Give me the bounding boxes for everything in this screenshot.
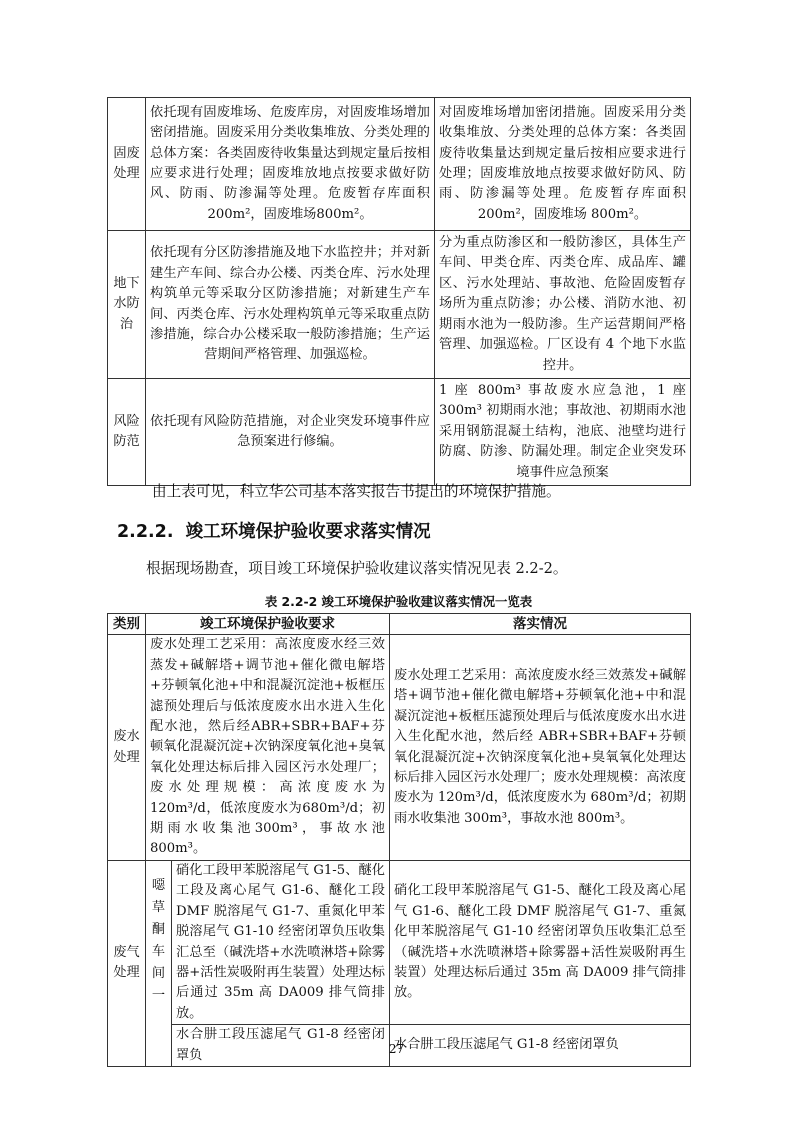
requirement-cell: 依托现有分区防渗措施及地下水监控井；并对新建生产车间、综合办公楼、丙类仓库、污水… <box>146 231 435 379</box>
table-header-row: 类别 竣工环境保护验收要求 落实情况 <box>108 614 691 635</box>
category-cell: 废水处理 <box>108 635 146 860</box>
category-cell: 风险防范 <box>108 379 146 486</box>
section-heading: 2.2.2. 竣工环境保护验收要求落实情况 <box>117 518 431 543</box>
implementation-cell: 废水处理工艺采用：高浓度废水经三效蒸发+碱解塔+调节池+催化微电解塔+芬顿氧化池… <box>390 635 691 860</box>
table-row: 废气处理 噁 草 酮 车 间 一 硝化工段甲苯脱溶尾气 G1-5、醚化工段及离心… <box>108 860 691 1024</box>
intro-paragraph: 根据现场勘查，项目竣工环境保护验收建议落实情况见表 2.2-2。 <box>146 558 568 580</box>
implementation-cell: 1 座 800m³ 事故废水应急池，1 座 300m³ 初期雨水池；事故池、初期… <box>435 379 691 486</box>
requirement-cell: 硝化工段甲苯脱溶尾气 G1-5、醚化工段及离心尾气 G1-6、醚化工段 DMF … <box>172 860 390 1024</box>
sub-category-cell: 噁 草 酮 车 间 一 <box>146 860 172 1066</box>
table-row: 风险防范 依托现有风险防范措施，对企业突发环境事件应急预案进行修编。 1 座 8… <box>108 379 691 486</box>
implementation-cell: 分为重点防渗区和一般防渗区，具体生产车间、甲类仓库、丙类仓库、成品库、罐区、污水… <box>435 231 691 379</box>
table-row: 废水处理 废水处理工艺采用：高浓度废水经三效蒸发+碱解塔+调节池+催化微电解塔+… <box>108 635 691 860</box>
table-row: 地下水防治 依托现有分区防渗措施及地下水监控井；并对新建生产车间、综合办公楼、丙… <box>108 231 691 379</box>
header-category: 类别 <box>108 614 146 635</box>
section-number: 2.2.2. <box>117 522 173 542</box>
table-caption: 表 2.2-2 竣工环境保护验收建议落实情况一览表 <box>107 592 690 610</box>
measures-table-continued: 固废处理 依托现有固废堆场、危废库房，对固废堆场增加密闭措施。固废采用分类收集堆… <box>107 97 691 486</box>
requirement-cell: 废水处理工艺采用：高浓度废水经三效蒸发+碱解塔+调节池+催化微电解塔+芬顿氧化池… <box>146 635 390 860</box>
implementation-cell: 对固废堆场增加密闭措施。固废采用分类收集堆放、分类处理的总体方案：各类固废待收集… <box>435 98 691 231</box>
category-cell: 固废处理 <box>108 98 146 231</box>
page-number: 27 <box>0 1042 793 1056</box>
header-requirement: 竣工环境保护验收要求 <box>146 614 390 635</box>
header-implementation: 落实情况 <box>390 614 691 635</box>
requirement-cell: 依托现有风险防范措施，对企业突发环境事件应急预案进行修编。 <box>146 379 435 486</box>
requirement-cell: 依托现有固废堆场、危废库房，对固废堆场增加密闭措施。固废采用分类收集堆放、分类处… <box>146 98 435 231</box>
summary-paragraph: 由上表可见，科立华公司基本落实报告书提出的环境保护措施。 <box>152 481 561 503</box>
category-cell: 地下水防治 <box>108 231 146 379</box>
category-cell: 废气处理 <box>108 860 146 1066</box>
acceptance-table: 类别 竣工环境保护验收要求 落实情况 废水处理 废水处理工艺采用：高浓度废水经三… <box>107 613 691 1067</box>
implementation-cell: 硝化工段甲苯脱溶尾气 G1-5、醚化工段及离心尾气 G1-6、醚化工段 DMF … <box>390 860 691 1024</box>
table-row: 固废处理 依托现有固废堆场、危废库房，对固废堆场增加密闭措施。固废采用分类收集堆… <box>108 98 691 231</box>
section-title: 竣工环境保护验收要求落实情况 <box>186 522 431 542</box>
